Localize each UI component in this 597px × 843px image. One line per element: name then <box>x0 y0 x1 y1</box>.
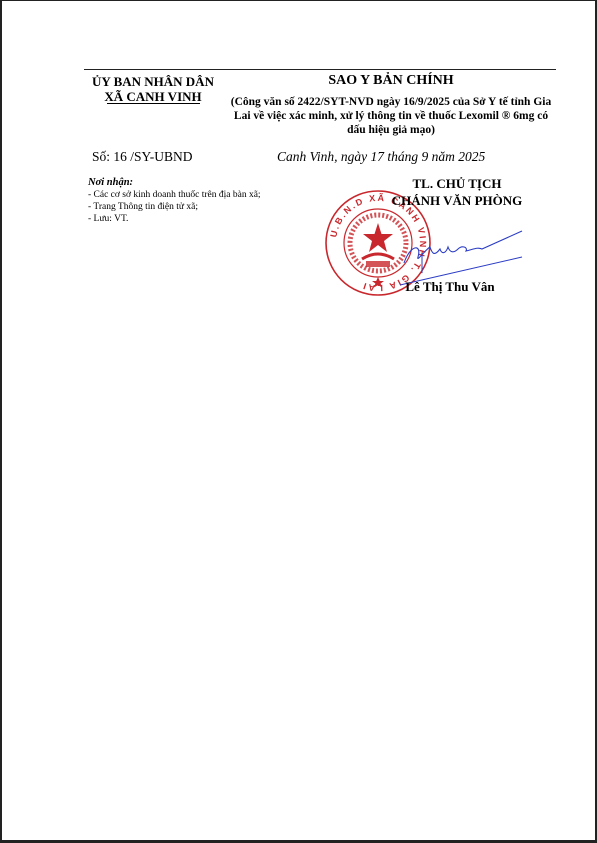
recipients-block: Nơi nhận: - Các cơ sở kinh doanh thuốc t… <box>88 177 261 225</box>
recipient-item: - Các cơ sở kinh doanh thuốc trên địa bà… <box>88 189 261 201</box>
authority-line2: CHÁNH VĂN PHÒNG <box>352 192 562 209</box>
organization-line1: ỦY BAN NHÂN DÂN <box>80 74 226 89</box>
document-number: Số: 16 /SY-UBND <box>92 149 193 165</box>
issuing-organization: ỦY BAN NHÂN DÂN XÃ CANH VINH <box>80 74 226 104</box>
signature-authority: TL. CHỦ TỊCH CHÁNH VĂN PHÒNG <box>352 175 562 209</box>
document-title: SAO Y BẢN CHÍNH <box>224 73 558 89</box>
recipient-item: - Trang Thông tin điện tử xã; <box>88 201 261 213</box>
signer-name: Lê Thị Thu Vân <box>352 279 548 295</box>
top-rule <box>84 69 556 70</box>
recipients-label: Nơi nhận: <box>88 177 261 189</box>
recipient-item: - Lưu: VT. <box>88 213 261 225</box>
document-subtitle: (Công văn số 2422/SYT-NVD ngày 16/9/2025… <box>224 95 558 137</box>
authority-line1: TL. CHỦ TỊCH <box>352 175 562 192</box>
organization-line2: XÃ CANH VINH <box>80 89 226 104</box>
document-page: ỦY BAN NHÂN DÂN XÃ CANH VINH SAO Y BẢN C… <box>0 0 597 843</box>
place-date: Canh Vinh, ngày 17 tháng 9 năm 2025 <box>277 149 485 165</box>
organization-underline <box>107 103 200 104</box>
